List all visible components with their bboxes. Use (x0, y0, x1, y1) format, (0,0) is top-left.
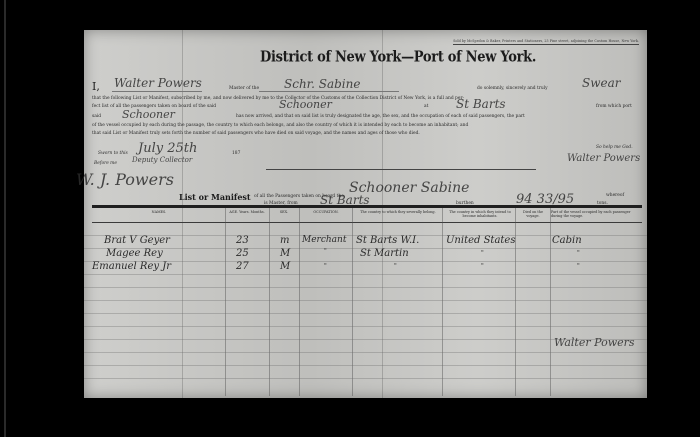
vessel-type-2: Schooner (122, 108, 175, 121)
cell-inhabit: United States (446, 235, 515, 246)
official-signature: W. J. Powers (76, 170, 174, 189)
swear-label: do solemnly, sincerely and truly (477, 86, 548, 91)
cell-part: " (577, 263, 580, 270)
oath-prefix: I, (92, 80, 100, 93)
footer-signature: Walter Powers (554, 336, 635, 349)
cell-sex: m (280, 235, 289, 246)
col-header-inhabit: The country in which they intend to beco… (444, 210, 516, 218)
col-header-died: Died on the voyage. (517, 210, 549, 218)
said-label: said (92, 114, 101, 119)
manifest-label: List or Manifest (179, 192, 251, 202)
film-edge (4, 0, 6, 437)
cell-age: 25 (236, 248, 249, 259)
vessel-name: Schr. Sabine (284, 77, 360, 91)
before-value: Deputy Collector (132, 156, 192, 164)
printer-imprint: Sold by McSpedon & Baker, Printers and S… (453, 39, 639, 45)
col-header-names: NAMES. (124, 210, 194, 214)
sworn-date: July 25th (138, 141, 197, 156)
cell-inhabit: " (481, 250, 484, 257)
master-signature: Walter Powers (567, 153, 640, 164)
col-header-sex: SEX. (270, 210, 298, 214)
departure-port: St Barts (456, 97, 506, 111)
fill-line (266, 169, 536, 170)
col-header-belong: The country to which they severally belo… (354, 210, 442, 214)
cell-occupation: " (324, 248, 327, 255)
fill-line (112, 91, 202, 92)
oath-line-6: that said List or Manifest truly sets fo… (92, 131, 420, 136)
column-divider (269, 208, 270, 396)
cell-belongs: St Martin (360, 248, 409, 259)
ruled-line (84, 300, 647, 301)
cell-sex: M (280, 248, 290, 259)
cell-name: Emanuel Rey Jr (92, 261, 171, 272)
cell-inhabit: " (481, 263, 484, 270)
so-help-me-god: So help me God. (596, 145, 633, 150)
fold-line (382, 30, 383, 398)
cell-name: Magee Rey (106, 248, 163, 259)
cell-age: 23 (236, 235, 249, 246)
cell-occupation: Merchant (302, 235, 346, 245)
cell-age: 27 (236, 261, 249, 272)
at-label: at (424, 104, 428, 109)
swear-value: Swear (582, 76, 620, 90)
ruled-line (84, 378, 647, 379)
cell-belongs: St Barts W.I. (356, 235, 419, 246)
column-divider (442, 208, 443, 396)
cell-part: Cabin (552, 235, 582, 246)
ruled-line (84, 365, 647, 366)
col-header-part: Part of the vessel occupied by each pass… (551, 210, 641, 218)
column-divider (299, 208, 300, 396)
column-divider (225, 208, 226, 396)
table-header-rule (92, 222, 642, 223)
from-which-port: from which port (596, 104, 632, 109)
master-name: Walter Powers (114, 76, 202, 90)
cell-sex: M (280, 261, 290, 272)
cell-part: " (577, 250, 580, 257)
ruled-line (84, 274, 647, 275)
ruled-line (84, 313, 647, 314)
manifest-document: Sold by McSpedon & Baker, Printers and S… (84, 30, 647, 398)
column-divider (352, 208, 353, 396)
oath-line-5: of the vessel occupied by each during th… (92, 123, 468, 128)
ruled-line (84, 352, 647, 353)
fill-line (259, 91, 399, 92)
vessel-type-1: Schooner (279, 98, 332, 111)
master-of-label: Master of the (229, 86, 259, 91)
whereof-label: whereof (606, 193, 624, 198)
table-top-rule (92, 205, 642, 208)
before-label: Before me (94, 161, 117, 166)
column-divider (550, 208, 551, 396)
ruled-line (84, 287, 647, 288)
oath-line-4: has now arrived, and that on said list i… (236, 114, 525, 119)
col-header-occupation: OCCUPATION. (300, 210, 352, 214)
cell-belongs: " (394, 263, 397, 270)
year-label: 187 (232, 151, 240, 156)
sworn-label: Sworn to this (98, 151, 128, 156)
ruled-line (84, 326, 647, 327)
cell-name: Brat V Geyer (104, 235, 170, 246)
col-header-age: AGE. Years. Months. (227, 210, 267, 214)
document-title: District of New York—Port of New York. (260, 49, 536, 66)
cell-occupation: " (324, 263, 327, 270)
